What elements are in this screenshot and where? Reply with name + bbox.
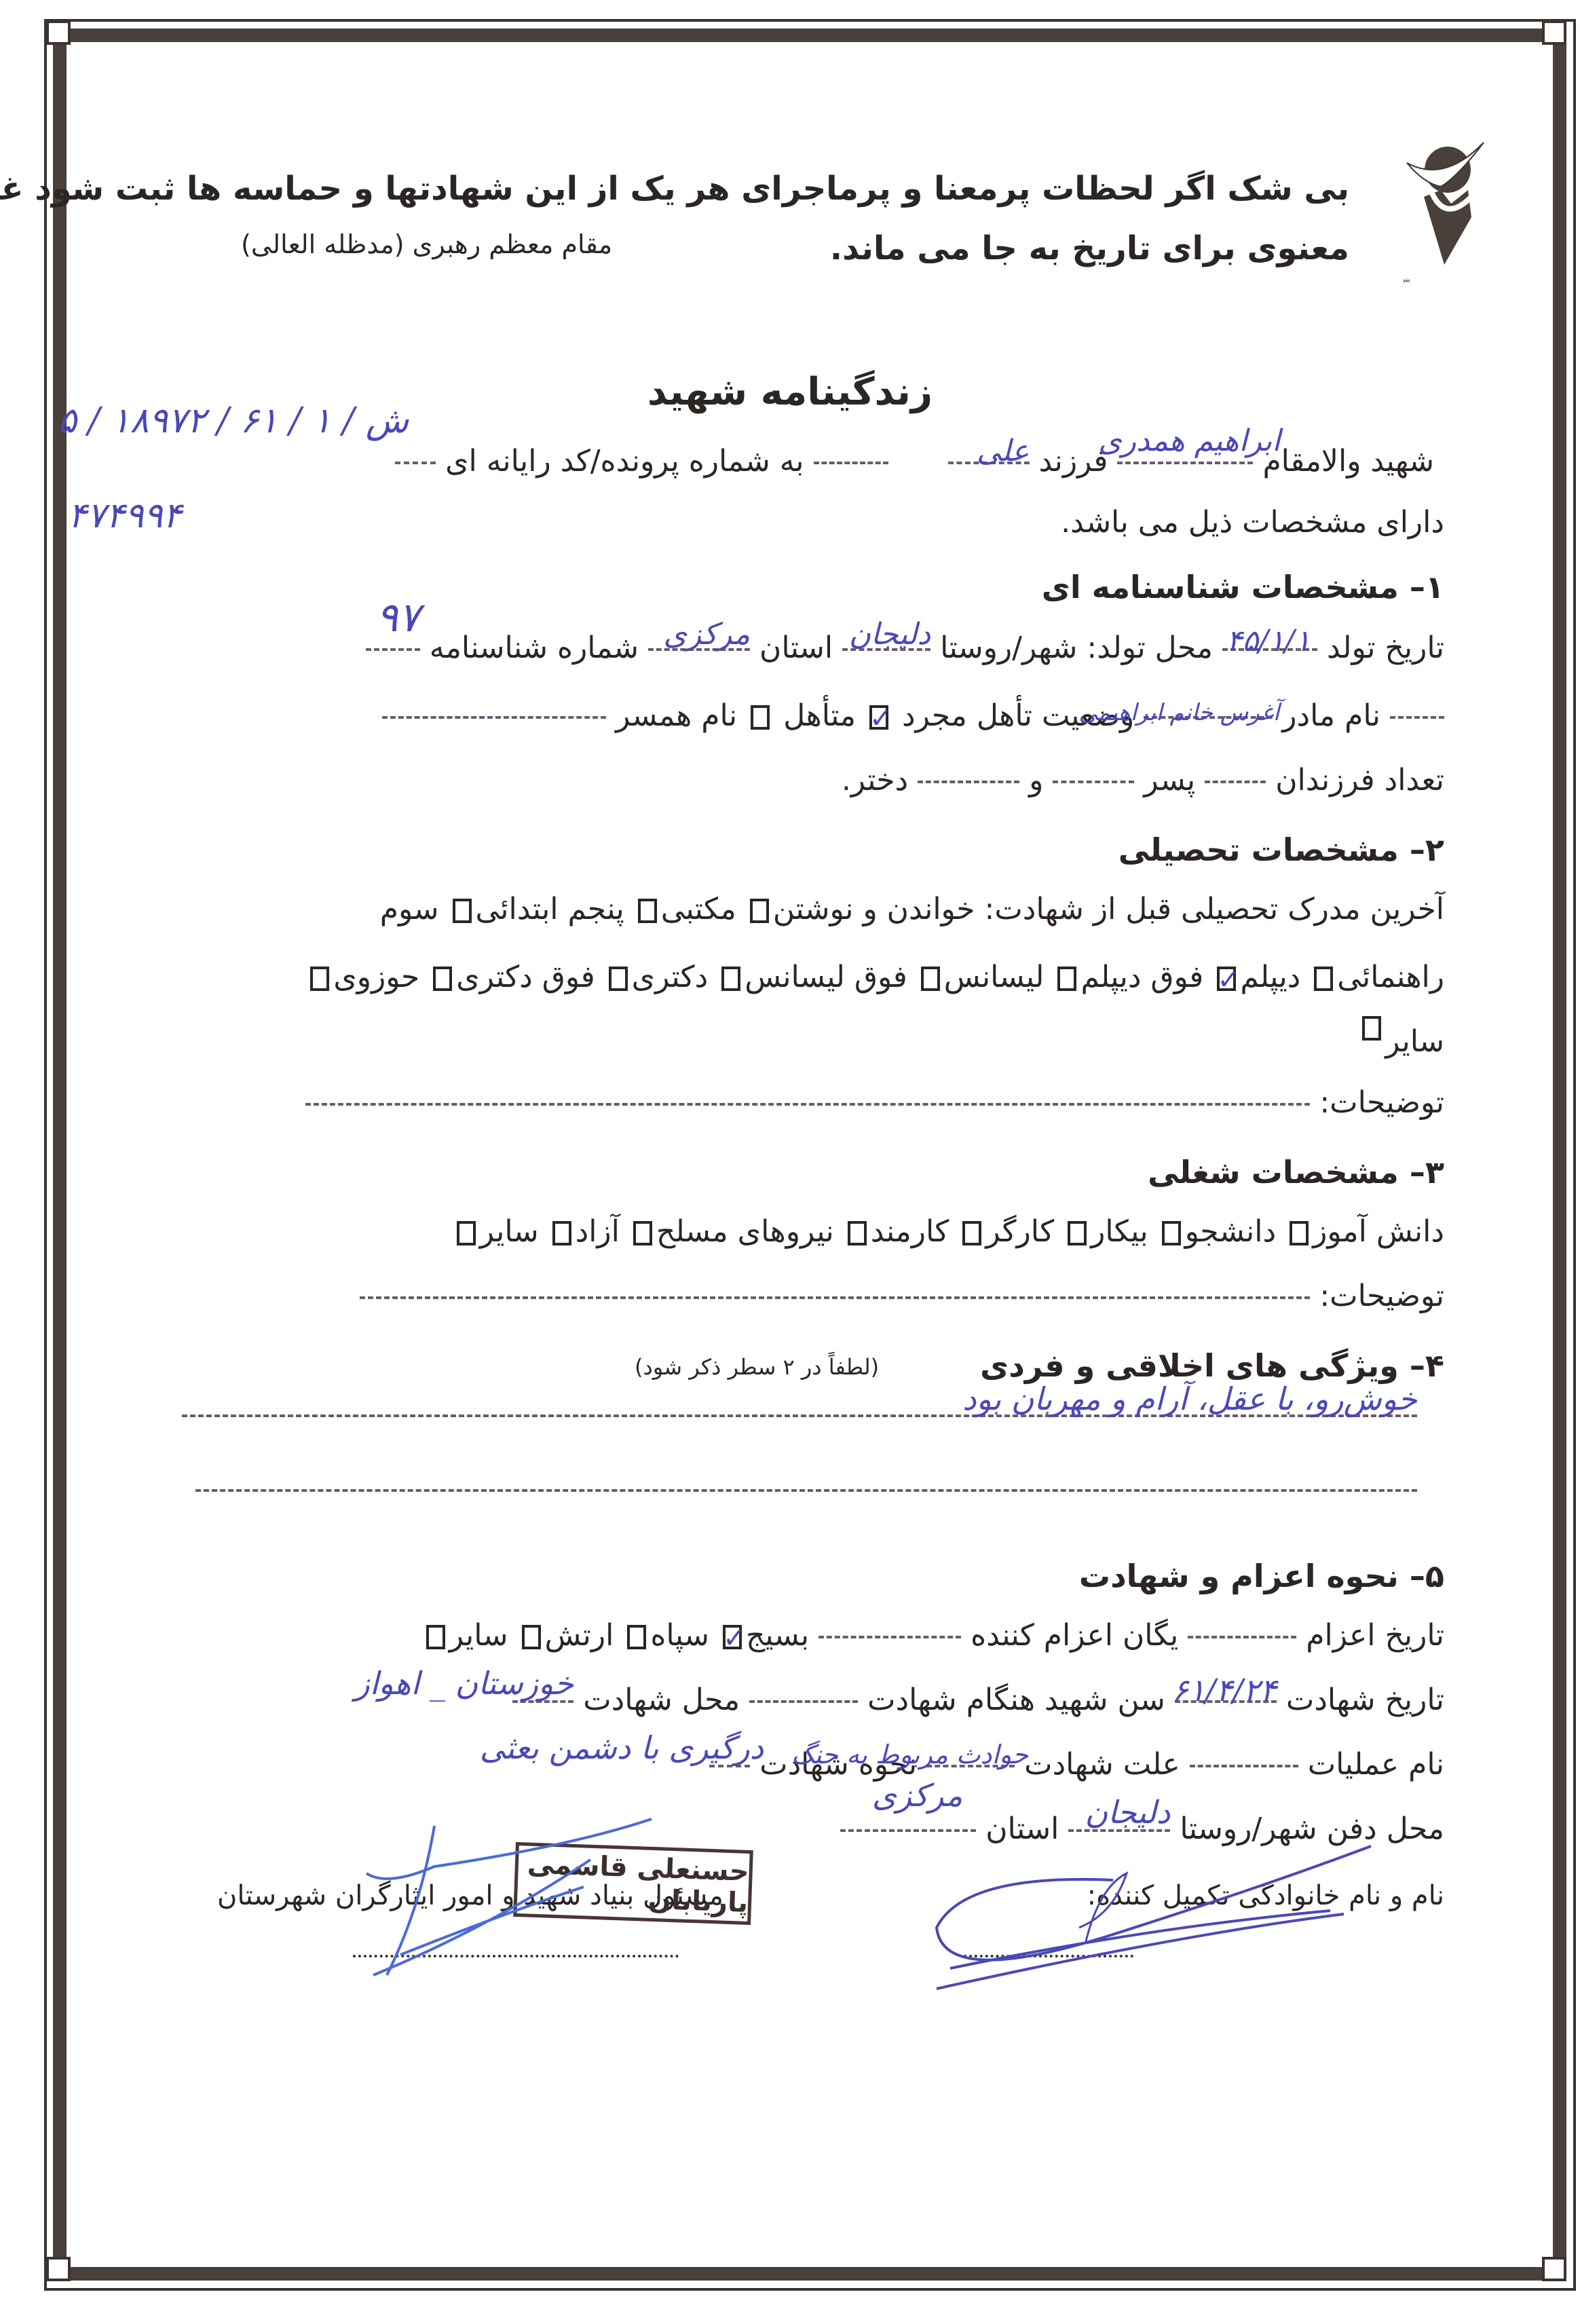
job-option-worker-label: کارگر	[985, 1214, 1054, 1249]
checkbox-associate[interactable]	[1057, 967, 1076, 991]
birth-info-row: تاریخ تولد ۴۵/۱/۱ محل تولد: شهر/روستا دل…	[366, 628, 1444, 669]
education-row3: سایر	[1358, 1022, 1444, 1062]
province-field[interactable]: مرکزی	[648, 648, 750, 651]
checkbox-married[interactable]	[751, 705, 770, 730]
label-birth-place: محل تولد: شهر/روستا	[940, 631, 1213, 665]
label-burial-place: محل دفن شهر/روستا	[1180, 1812, 1444, 1846]
unit-option-other-label: سایر	[449, 1618, 508, 1653]
label-martyrdom-cause: علت شهادت	[1024, 1747, 1180, 1782]
edu-option-master-label: فوق لیسانس	[745, 960, 907, 994]
education-row2: راهنمائی دیپلم فوق دیپلم لیسانس فوق لیسا…	[306, 957, 1444, 998]
section4-hint: (لطفاً در ۲ سطر ذکر شود)	[635, 1354, 879, 1380]
checkbox-bachelor[interactable]	[921, 967, 940, 991]
employment-notes-row: توضیحات:	[360, 1276, 1444, 1317]
label-id-number: شماره شناسنامه	[430, 631, 639, 665]
martyrdom-place-value: خوزستان _ اهواز	[355, 1663, 574, 1704]
family-row: نام مادر آغرس خانم ابراهیمی وضعیت تأهل م…	[382, 696, 1444, 736]
job-option-unemployed-label: بیکار	[1091, 1214, 1148, 1249]
label-sons: پسر	[1144, 763, 1195, 798]
edu-option-other-label: سایر	[1385, 1024, 1444, 1059]
official-stamp: حسنعلی قاسمی پاریابان	[513, 1842, 753, 1925]
checkbox-edu-other[interactable]	[1362, 1016, 1381, 1041]
spouse-name-field[interactable]	[382, 716, 606, 719]
operation-row: نام عملیات علت شهادت حوادث مربوط به جنگ …	[709, 1744, 1444, 1785]
marital-option-single-label: مجرد	[902, 698, 967, 733]
section3-heading: ۳– مشخصات شغلی	[1148, 1154, 1444, 1191]
education-notes-row: توضیحات:	[305, 1083, 1444, 1123]
martyrdom-date-field[interactable]: ۶۱/۴/۲۴	[1175, 1700, 1277, 1703]
burial-row: محل دفن شهر/روستا دلیجان استان مرکزی	[840, 1809, 1444, 1850]
edu-option-bachelor-label: لیسانس	[944, 960, 1045, 994]
edu-option-maktabi-label: مکتبی	[661, 892, 736, 926]
burial-province-field[interactable]: مرکزی	[840, 1829, 976, 1832]
unit-option-army-label: ارتش	[545, 1618, 614, 1653]
label-martyrdom-place: محل شهادت	[583, 1683, 740, 1717]
edu-option-guidance-label: راهنمائی	[1337, 960, 1444, 994]
checkbox-armed-forces[interactable]	[633, 1221, 652, 1245]
frame-corner-ornament	[46, 20, 71, 45]
label-martyrdom-date: تاریخ شهادت	[1286, 1683, 1444, 1717]
checkbox-postdoc[interactable]	[433, 967, 452, 991]
intro-line: شهید والامقام ابراهیم همدری فرزند علی به…	[395, 441, 1434, 482]
label-education-notes: توضیحات:	[1319, 1085, 1444, 1120]
edu-option-grade3-label: سوم	[380, 892, 439, 926]
children-count-field[interactable]	[1205, 781, 1266, 783]
character-line1-value: خوش‌رو، با عقل، آرام و مهربان بود	[962, 1381, 1417, 1417]
edu-option-postdoc-label: فوق دکتری	[456, 960, 595, 994]
dash-spacer	[814, 462, 888, 464]
sons-count-field[interactable]	[1053, 781, 1134, 783]
label-file-number: به شماره پرونده/کد رایانه ای	[445, 444, 804, 479]
label-last-degree: آخرین مدرک تحصیلی قبل از شهادت:	[985, 892, 1445, 926]
checkbox-guidance[interactable]	[1314, 967, 1333, 991]
checkbox-army[interactable]	[522, 1625, 541, 1649]
label-child-of: فرزند	[1039, 444, 1108, 479]
label-children-count: تعداد فرزندان	[1275, 763, 1444, 798]
dispatch-unit-field[interactable]	[819, 1636, 961, 1638]
label-martyr-age: سن شهید هنگام شهادت	[867, 1683, 1165, 1717]
checkbox-worker[interactable]	[962, 1221, 981, 1245]
header-quote-line1: بی شک اگر لحظات پرمعنا و پرماجرای هر یک …	[0, 170, 1349, 208]
mother-name-field[interactable]: آغرس خانم ابراهیمی	[1144, 716, 1273, 719]
operation-name-field[interactable]	[1190, 1765, 1298, 1767]
martyr-foundation-logo-icon: بنیاد شهید و امور ایثارگران ۱۳۸۹	[1404, 136, 1485, 292]
unit-option-sepah-label: سپاه	[650, 1618, 709, 1653]
job-option-other-label: سایر	[480, 1214, 539, 1249]
edu-option-seminary-label: حوزوی	[333, 960, 419, 994]
frame-corner-ornament	[1542, 2257, 1566, 2281]
edu-option-grade5-label: پنجم ابتدائی	[476, 892, 624, 926]
checkbox-single[interactable]	[869, 705, 888, 730]
checkbox-student[interactable]	[1290, 1221, 1309, 1245]
birth-city-field[interactable]: دلیجان	[842, 648, 930, 651]
label-and: و	[1029, 763, 1043, 798]
character-line1-field[interactable]: خوش‌رو، با عقل، آرام و مهربان بود	[182, 1408, 1417, 1421]
checkbox-seminary[interactable]	[310, 967, 329, 991]
edu-option-associate-label: فوق دیپلم	[1080, 960, 1203, 994]
province-value: مرکزی	[664, 614, 751, 655]
burial-city-value: دلیجان	[1085, 1792, 1170, 1833]
official-signature-line[interactable]	[353, 1955, 679, 1957]
martyrdom-cause-field[interactable]: حوادث مربوط به جنگ	[926, 1765, 1015, 1767]
job-option-armed-forces-label: نیروهای مسلح	[656, 1214, 834, 1249]
martyrdom-cause-value: حوادث مربوط به جنگ	[791, 1734, 1028, 1775]
mother-name-value: آغرس خانم ابراهیمی	[1078, 692, 1279, 733]
id-number-value: ۹۷	[376, 597, 419, 638]
checkbox-maktabi[interactable]	[638, 899, 657, 923]
job-option-freelance-label: آزاد	[576, 1214, 620, 1249]
computer-code-value: ۴۷۴۹۹۴	[68, 495, 182, 536]
label-filler-name: نام و نام خانوادگی تکمیل کننده:	[1087, 1880, 1444, 1911]
label-dispatch-date: تاریخ اعزام	[1306, 1618, 1444, 1653]
father-name-field[interactable]: علی	[948, 462, 1030, 464]
father-name-value: علی	[977, 431, 1030, 472]
daughters-count-field[interactable]	[918, 781, 1019, 783]
job-option-university-label: دانشجو	[1185, 1214, 1276, 1249]
character-line2-field[interactable]	[195, 1483, 1417, 1496]
header-quote-line2: معنوی برای تاریخ به جا می ماند.	[830, 229, 1349, 267]
dispatch-row: تاریخ اعزام یگان اعزام کننده بسیج سپاه ا…	[422, 1615, 1444, 1656]
label-martyr: شهید والامقام	[1262, 444, 1434, 479]
label-spouse-name: نام همسر	[616, 698, 737, 733]
checkbox-job-other[interactable]	[457, 1221, 476, 1245]
edu-option-diploma-label: دیپلم	[1240, 960, 1300, 994]
employment-notes-field[interactable]	[360, 1296, 1310, 1299]
file-number-field[interactable]	[395, 462, 436, 464]
birth-date-value: ۴۵/۱/۱	[1226, 621, 1311, 662]
checkbox-freelance[interactable]	[552, 1221, 571, 1245]
label-burial-province: استان	[985, 1812, 1059, 1846]
job-option-student-label: دانش آموز	[1313, 1214, 1444, 1249]
edu-option-phd-label: دکتری	[632, 960, 709, 994]
education-row1: آخرین مدرک تحصیلی قبل از شهادت: خواندن و…	[380, 889, 1444, 930]
intro-line2: دارای مشخصات ذیل می باشد.	[1061, 502, 1444, 543]
section2-heading: ۲– مشخصات تحصیلی	[1118, 831, 1444, 868]
section5-heading: ۵– نحوه اعزام و شهادت	[1079, 1558, 1444, 1594]
checkbox-master[interactable]	[721, 967, 740, 991]
burial-city-field[interactable]: دلیجان	[1068, 1829, 1170, 1832]
svg-text:بنیاد شهید و امور ایثارگران ۱۳: بنیاد شهید و امور ایثارگران ۱۳۸۹	[1404, 274, 1410, 284]
checkbox-university[interactable]	[1162, 1221, 1181, 1245]
edu-option-literacy-label: خواندن و نوشتن	[773, 892, 975, 926]
martyrdom-row: تاریخ شهادت ۶۱/۴/۲۴ سن شهید هنگام شهادت …	[512, 1680, 1444, 1721]
checkbox-unit-other[interactable]	[426, 1625, 445, 1649]
checkbox-diploma[interactable]	[1217, 967, 1236, 991]
checkbox-phd[interactable]	[609, 967, 628, 991]
frame-corner-ornament	[46, 2257, 71, 2281]
label-dispatch-unit: یگان اعزام کننده	[971, 1618, 1178, 1653]
dispatch-date-field[interactable]	[1188, 1636, 1296, 1638]
frame-corner-ornament	[1542, 20, 1566, 45]
header-quote-author: مقام معظم رهبری (مدظله العالی)	[241, 229, 612, 259]
children-row: تعداد فرزندان پسر و دختر.	[842, 760, 1444, 801]
label-mother-name: نام مادر	[1282, 698, 1380, 733]
checkbox-sepah[interactable]	[627, 1625, 646, 1649]
marital-option-married-label: متأهل	[783, 698, 856, 733]
label-birth-date: تاریخ تولد	[1327, 631, 1444, 665]
martyr-age-field[interactable]	[749, 1700, 858, 1703]
checkbox-literacy[interactable]	[750, 899, 769, 923]
file-number-value: ۵ / ش / ۱ / ۶۱ / ۱۸۹۷۲	[58, 400, 409, 441]
dash-spacer	[1390, 716, 1444, 719]
martyr-name-field[interactable]: ابراهیم همدری	[1117, 462, 1253, 464]
employment-row: دانش آموز دانشجو بیکار کارگر کارمند نیرو…	[453, 1212, 1444, 1252]
label-daughters: دختر.	[842, 763, 908, 798]
martyr-name-value: ابراهیم همدری	[1098, 421, 1280, 462]
checkbox-employee[interactable]	[848, 1221, 867, 1245]
martyrdom-manner-field[interactable]: درگیری با دشمن بعثی	[709, 1765, 750, 1767]
label-operation-name: نام عملیات	[1308, 1747, 1444, 1782]
checkbox-basij[interactable]	[723, 1625, 742, 1649]
job-option-employee-label: کارمند	[871, 1214, 949, 1249]
birth-city-value: دلیجان	[849, 614, 930, 655]
label-employment-notes: توضیحات:	[1319, 1279, 1444, 1313]
filler-signature-line[interactable]	[964, 1955, 1133, 1957]
section1-heading: ۱– مشخصات شناسنامه ای	[1042, 569, 1444, 605]
section4-heading: ۴– ویژگی های اخلاقی و فردی	[980, 1347, 1444, 1384]
education-notes-field[interactable]	[305, 1103, 1310, 1106]
birth-date-field[interactable]: ۴۵/۱/۱	[1222, 648, 1317, 651]
burial-province-value: مرکزی	[872, 1775, 962, 1816]
martyrdom-date-value: ۶۱/۴/۲۴	[1171, 1670, 1277, 1710]
label-province: استان	[759, 631, 833, 665]
martyrdom-place-field[interactable]: خوزستان _ اهواز	[512, 1700, 573, 1703]
checkbox-grade5[interactable]	[453, 899, 472, 923]
checkbox-unemployed[interactable]	[1068, 1221, 1087, 1245]
unit-option-basij-label: بسیج	[746, 1618, 809, 1653]
martyrdom-manner-value: درگیری با دشمن بعثی	[480, 1727, 764, 1768]
id-number-field[interactable]: ۹۷	[366, 648, 420, 651]
